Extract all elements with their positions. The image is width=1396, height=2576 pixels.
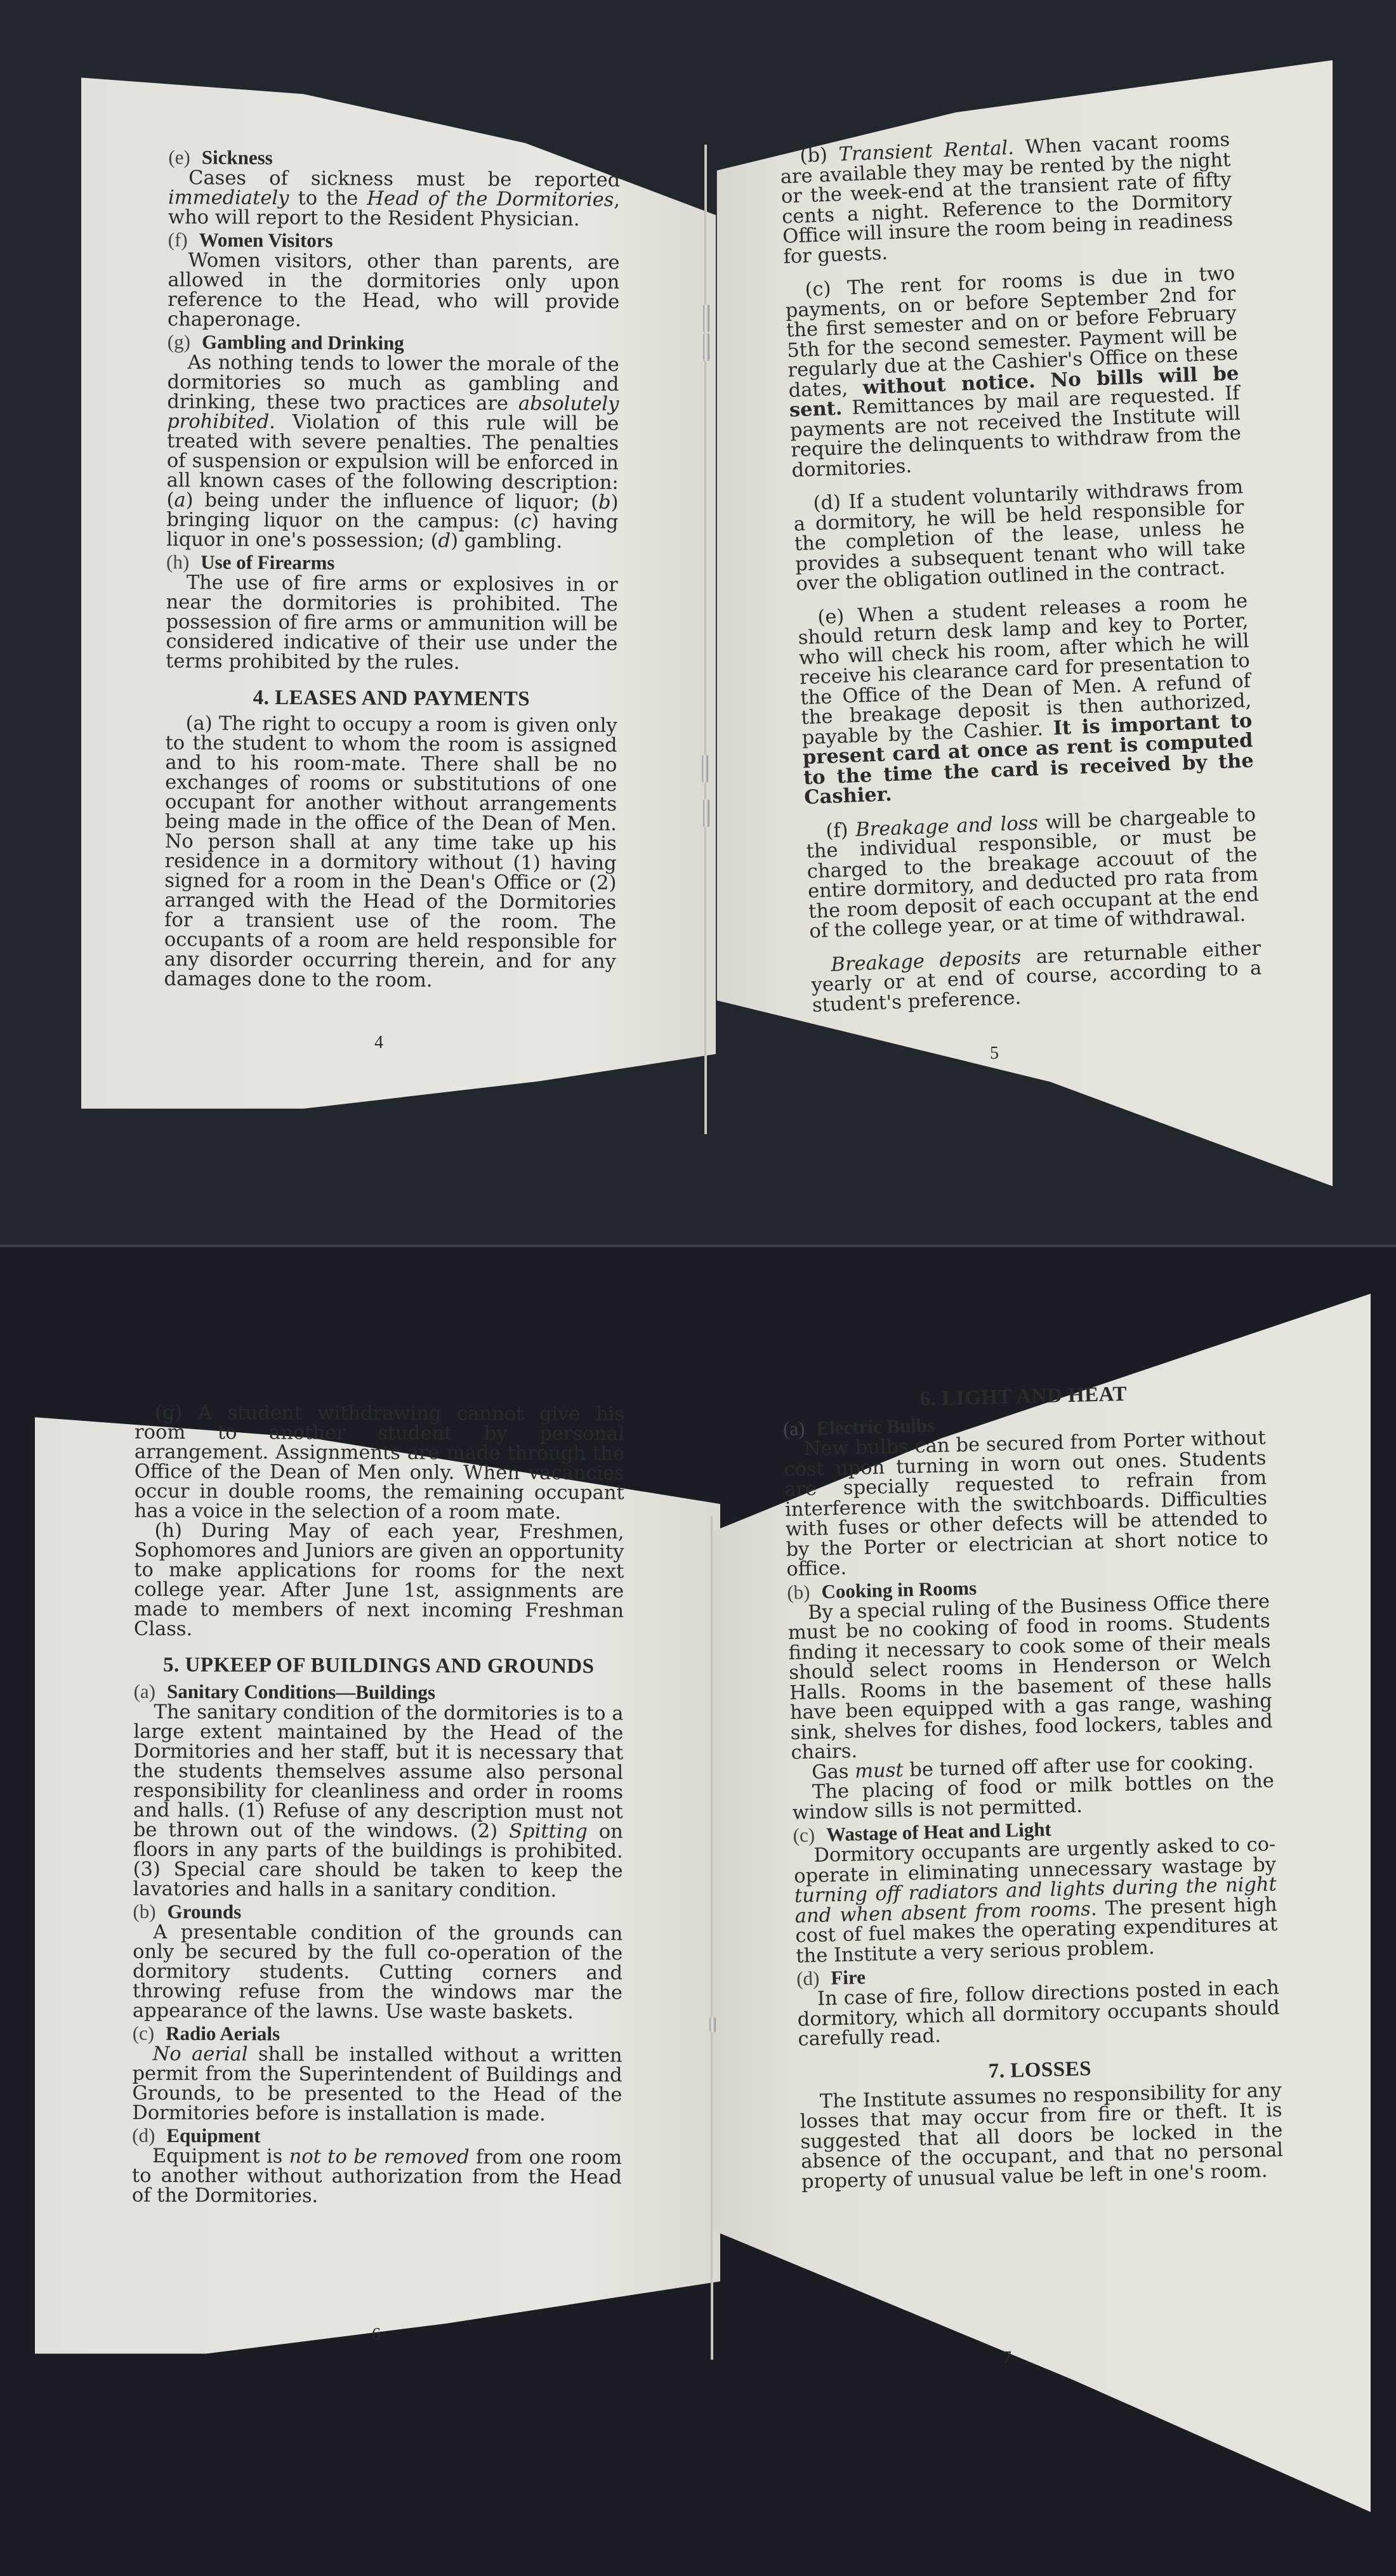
spine-bottom	[711, 1516, 713, 2360]
section-heading: 4. LEASES AND PAYMENTS	[166, 688, 617, 710]
subsection-title: Sickness	[202, 146, 273, 169]
subsection-label: (b)	[133, 1900, 155, 1923]
staple-icon	[703, 799, 709, 827]
subsection-label: (g)	[168, 330, 190, 353]
staple-icon	[703, 333, 709, 361]
section-heading: 6. LIGHT AND HEAT	[782, 1381, 1265, 1413]
paragraph: New bulbs can be secured from Porter wit…	[783, 1428, 1268, 1579]
subsection-label: (b)	[787, 1581, 810, 1604]
staple-icon	[709, 2017, 716, 2032]
subsection-title: Radio Aerials	[166, 2022, 280, 2045]
subsection-title: Gambling and Drinking	[202, 330, 404, 354]
paragraph: The use of fire arms or explosives in or…	[166, 573, 618, 674]
subsection-label: (e)	[168, 146, 190, 168]
page-4-text: (e)SicknessCases of sickness must be rep…	[164, 145, 621, 991]
subsection-label: (d)	[132, 2124, 155, 2147]
subsection-title: Grounds	[168, 1900, 242, 1923]
subsection-heading: (b)Grounds	[133, 1902, 622, 1923]
subsection-heading: (a)Sanitary Conditions—Buildings	[134, 1682, 624, 1703]
paragraph: (e) When a student releases a room he sh…	[797, 591, 1255, 808]
paragraph: (b) Transient Rental. When vacant rooms …	[779, 130, 1234, 267]
page-number: 6	[372, 2325, 381, 2345]
page-number: 4	[374, 1033, 383, 1053]
paragraph: By a special ruling of the Business Offi…	[787, 1592, 1274, 1763]
page-7-text: 6. LIGHT AND HEAT(a)Electric BulbsNew bu…	[782, 1364, 1284, 2192]
subsection-label: (d)	[796, 1967, 820, 1990]
spine-top	[704, 145, 707, 1134]
paragraph: (g) A student withdrawing cannot give hi…	[135, 1403, 625, 1523]
subsection-heading: (d)Equipment	[132, 2126, 622, 2147]
staple-icon	[702, 755, 708, 783]
subsection-heading: (g)Gambling and Drinking	[168, 332, 619, 354]
paragraph: The sanitary condition of the dormitorie…	[133, 1703, 623, 1901]
page-6-text: (g) A student withdrawing cannot give hi…	[132, 1403, 624, 2207]
paragraph: (f) Breakage and loss will be chargeable…	[805, 804, 1260, 941]
photo-divider	[0, 1245, 1396, 1247]
subsection-label: (c)	[133, 2022, 155, 2044]
subsection-heading: (h)Use of Firearms	[166, 552, 618, 574]
page-number: 5	[990, 1043, 999, 1064]
subsection-label: (a)	[783, 1417, 805, 1440]
subsection-label: (a)	[134, 1680, 156, 1703]
subsection-title: Women Visitors	[199, 228, 333, 251]
paragraph: Equipment is not to be removed from one …	[132, 2147, 622, 2207]
page-5-text: (b) Transient Rental. When vacant rooms …	[779, 130, 1263, 1016]
subsection-label: (c)	[793, 1824, 815, 1847]
subsection-title: Equipment	[166, 2124, 260, 2147]
subsection-heading: (c)Radio Aerials	[133, 2024, 622, 2045]
subsection-heading: (f)Women Visitors	[168, 230, 620, 252]
paragraph: In case of fire, follow directions poste…	[797, 1978, 1281, 2050]
paragraph: Dormitory occupants are urgently asked t…	[793, 1834, 1278, 1966]
subsection-title: Sanitary Conditions—Buildings	[167, 1680, 435, 1703]
staple-icon	[703, 304, 709, 332]
section-heading: 5. UPKEEP OF BUILDINGS AND GROUNDS	[134, 1656, 624, 1677]
paragraph: A presentable condition of the grounds c…	[133, 1923, 623, 2023]
paragraph: (a) The right to occupy a room is given …	[164, 714, 617, 991]
subsection-label: (h)	[166, 551, 189, 573]
subsection-title: Use of Firearms	[201, 551, 334, 573]
paragraph: No aerial shall be installed without a w…	[132, 2044, 622, 2125]
paragraph: (c) The rent for rooms is due in two pay…	[784, 264, 1242, 481]
subsection-label: (f)	[168, 228, 188, 251]
subsection-title: Fire	[831, 1966, 866, 1989]
page-number: 7	[1003, 2348, 1011, 2369]
subsection-heading: (e)Sickness	[168, 147, 620, 169]
paragraph: The Institute assumes no responsibility …	[800, 2081, 1284, 2192]
paragraph: Cases of sickness must be reported immed…	[168, 168, 620, 230]
paragraph: Women visitors, other than parents, are …	[168, 251, 620, 332]
paragraph: (d) If a student voluntarily withdraws f…	[793, 477, 1247, 594]
paragraph: (h) During May of each year, Freshmen, S…	[134, 1521, 624, 1641]
paragraph: As nothing tends to lower the morale of …	[166, 353, 619, 552]
